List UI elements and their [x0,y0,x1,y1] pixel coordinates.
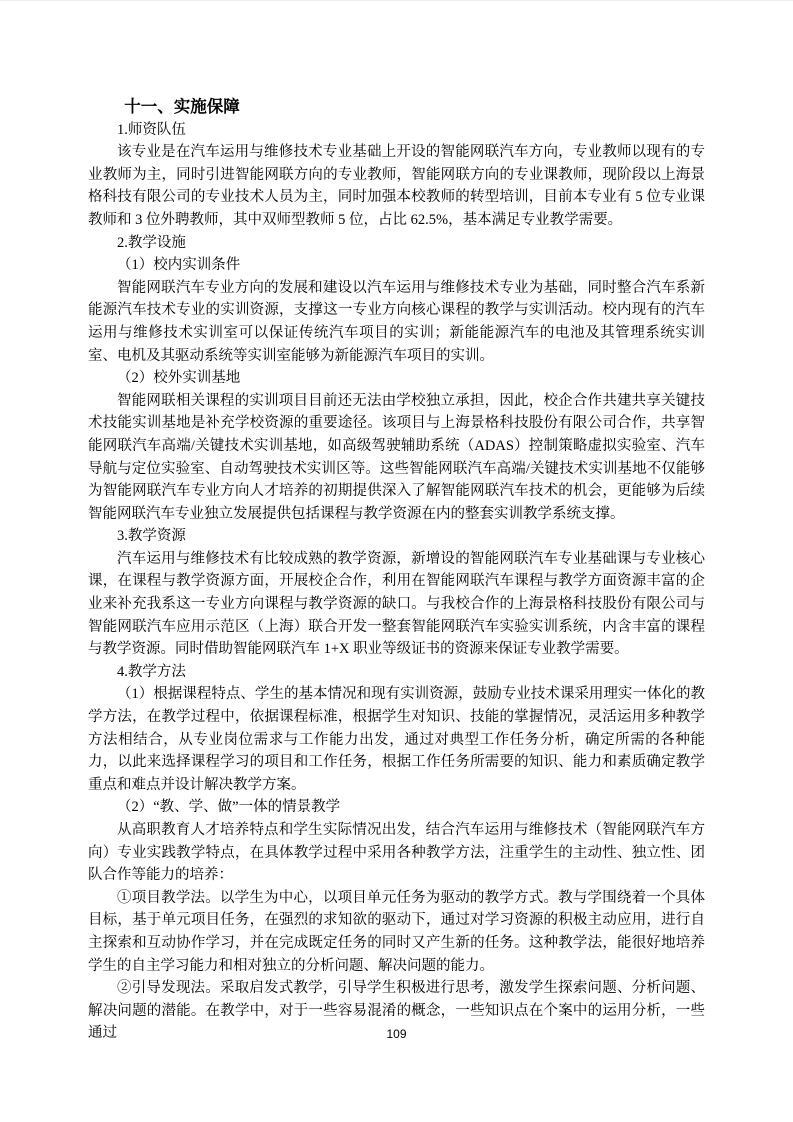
subheading-faculty-team: 1.师资队伍 [88,119,705,142]
subheading-teaching-methods: 4.教学方法 [88,661,705,684]
paragraph-faculty-team: 该专业是在汽车运用与维修技术专业基础上开设的智能网联汽车方向，专业教师以现有的专… [88,141,705,231]
paragraph-project-teaching-method: ①项目教学法。以学生为中心，以项目单元任务为驱动的教学方式。教与学围绕着一个具体… [88,887,705,977]
page-footer: 109 [0,1027,793,1041]
paragraph-teaching-method-1: （1）根据课程特点、学生的基本情况和现有实训资源，鼓励专业技术课采用理实一体化的… [88,683,705,796]
paragraph-teaching-resources: 汽车运用与维修技术有比较成熟的教学资源，新增设的智能网联汽车专业基础课与专业核心… [88,548,705,661]
page-number: 109 [386,1027,406,1041]
paragraph-on-campus-training: 智能网联汽车专业方向的发展和建设以汽车运用与维修技术专业为基础，同时整合汽车系新… [88,277,705,367]
paragraph-off-campus-training-base: 智能网联相关课程的实训项目目前还无法由学校独立承担，因此，校企合作共建共享关键技… [88,390,705,526]
paragraph-situational-teaching: 从高职教育人才培养特点和学生实际情况出发，结合汽车运用与维修技术（智能网联汽车方… [88,819,705,887]
document-body: 十一、实施保障 1.师资队伍 该专业是在汽车运用与维修技术专业基础上开设的智能网… [88,96,705,1045]
subheading-teaching-facilities: 2.教学设施 [88,232,705,255]
section-heading: 十一、实施保障 [88,96,705,119]
subitem-teach-learn-do: （2）“教、学、做”一体的情景教学 [88,796,705,819]
document-page: 十一、实施保障 1.师资队伍 该专业是在汽车运用与维修技术专业基础上开设的智能网… [0,0,793,1122]
subitem-on-campus-training: （1）校内实训条件 [88,254,705,277]
subheading-teaching-resources: 3.教学资源 [88,525,705,548]
subitem-off-campus-training-base: （2）校外实训基地 [88,367,705,390]
